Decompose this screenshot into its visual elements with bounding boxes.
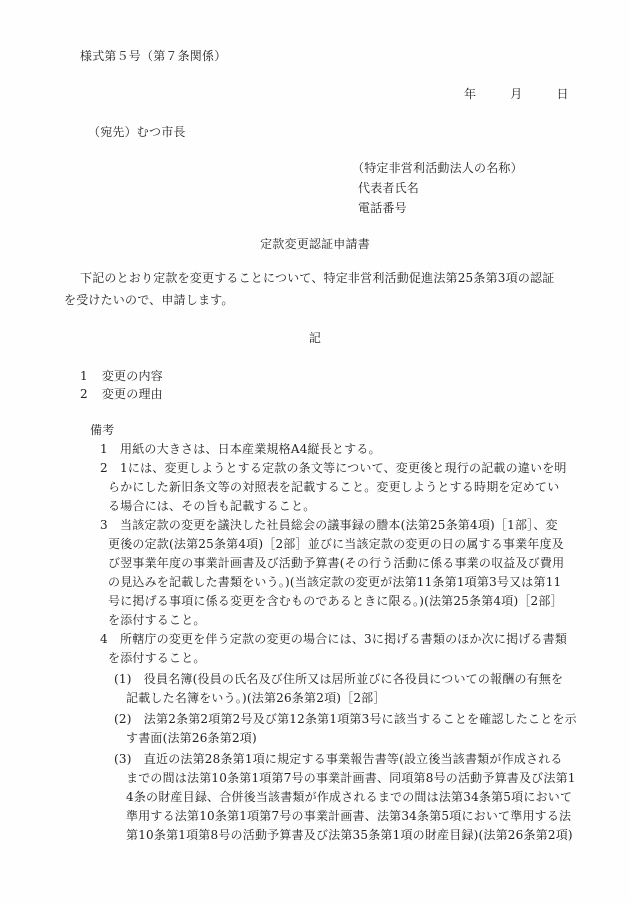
note-line: 更後の定款(法第25条第4項)［2部］並びに当該定款の変更の日の属する事業年度及	[108, 536, 564, 552]
note-line: び翌事業年度の事業計画書及び活動予算書(その行う活動に係る事業の収益及び費用	[108, 555, 564, 571]
note-line: までの間は法第10条第1項第7号の事業計画書、同項第8号の活動予算書及び法第1	[126, 770, 576, 786]
representative-label: 代表者氏名	[358, 180, 419, 196]
note-line: の見込みを記載した書類をいう。)(当該定款の変更が法第11条第1項第3号又は第1…	[108, 574, 561, 590]
note-line: 2 1には、変更しようとする定款の条文等について、変更後と現行の記載の違いを明	[100, 460, 567, 476]
item-2-number: 2	[80, 387, 88, 401]
phone-label: 電話番号	[358, 200, 407, 216]
day-label: 日	[556, 86, 568, 102]
note-line: す書面(法第26条第2項)	[126, 730, 257, 746]
note-line: (3) 直近の法第28条第1項に規定する事業報告書等(設立後当該書類が作成される	[114, 751, 563, 767]
notes-heading: 備考	[90, 422, 114, 438]
note-line: 3 当該定款の変更を議決した社員総会の議事録の謄本(法第25条第4項)［1部］、…	[100, 517, 558, 533]
item-2: 2 変更の理由	[80, 386, 163, 402]
item-1-number: 1	[80, 369, 88, 383]
note-line: を添付すること。	[108, 650, 206, 666]
note-line: らかにした新旧条文等の対照表を記載すること。変更しようとする時期を定めてい	[108, 479, 559, 495]
org-name-label: （特定非営利活動法人の名称）	[352, 160, 523, 176]
ki-heading: 記	[0, 330, 630, 346]
note-line: (1) 役員名簿(役員の氏名及び住所又は居所並びに各役員についての報酬の有無を	[114, 671, 563, 687]
note-line: 号に掲げる事項に係る変更を含むものであるときに限る。)(法第25条第4項)［2部…	[108, 593, 563, 609]
note-line: を添付すること。	[108, 612, 206, 628]
item-2-label: 変更の理由	[102, 387, 163, 401]
year-label: 年	[464, 86, 476, 102]
item-1: 1 変更の内容	[80, 368, 163, 384]
date-field: 年 月 日	[436, 86, 569, 102]
note-line: 準用する法第10条第1項第7号の事業計画書、法第34条第5項において準用する法	[126, 808, 571, 824]
body-line-1: 下記のとおり定款を変更することについて、特定非営利活動促進法第25条第3項の認証	[80, 270, 554, 286]
addressee: （宛先）むつ市長	[88, 124, 186, 140]
document-title: 定款変更認証申請書	[0, 236, 630, 252]
note-line: 4条の財産目録、合併後当該書類が作成されるまでの間は法第34条第5項において	[126, 789, 572, 805]
note-line: (2) 法第2条第2項第2号及び第12条第1項第3号に該当することを確認したこと…	[114, 711, 577, 727]
note-line: 4 所轄庁の変更を伴う定款の変更の場合には、3に掲げる書類のほか次に掲げる書類	[100, 631, 567, 647]
note-line: 1 用紙の大きさは、日本産業規格A4縦長とする。	[100, 441, 381, 457]
form-number: 様式第５号（第７条関係）	[80, 48, 226, 64]
body-line-2: を受けたいので、申請します。	[64, 292, 234, 308]
item-1-label: 変更の内容	[102, 369, 163, 383]
month-label: 月	[510, 86, 522, 102]
note-line: 第10条第1項第8号の活動予算書及び法第35条第1項の財産目録)(法第26条第2…	[126, 827, 573, 843]
note-line: 記載した名簿をいう。)(法第26条第2項)［2部］	[126, 690, 386, 706]
note-line: る場合には、その旨も記載すること。	[108, 498, 315, 514]
